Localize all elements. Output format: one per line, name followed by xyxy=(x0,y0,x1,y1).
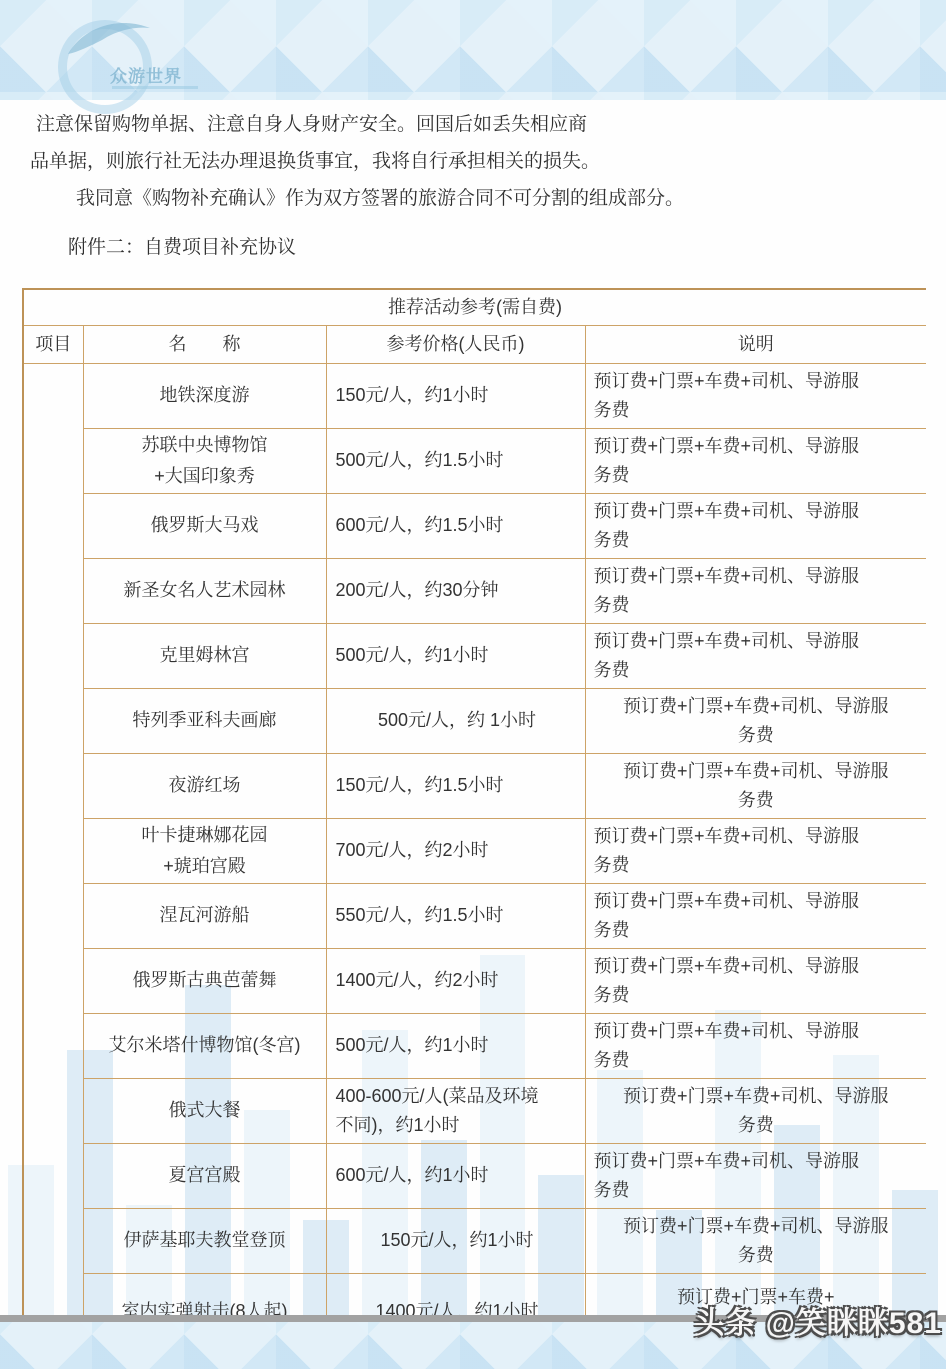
activity-description-cell: 预订费+门票+车费+司机、导游服 务费 xyxy=(585,688,926,753)
activity-name-cell: 苏联中央博物馆 +大国印象秀 xyxy=(83,428,326,493)
table-title-row: 推荐活动参考(需自费) xyxy=(23,289,926,325)
activity-price-cell: 600元/人，约1小时 xyxy=(326,1143,585,1208)
activity-row: 克里姆林宫500元/人，约1小时预订费+门票+车费+司机、导游服 务费 xyxy=(23,623,926,688)
activity-description-cell: 预订费+门票+车费+司机、导游服 务费 xyxy=(585,1208,926,1273)
logo-bird-icon xyxy=(62,12,172,72)
activity-price-cell: 150元/人，约1小时 xyxy=(326,1208,585,1273)
activity-row: 地铁深度游150元/人，约1小时预订费+门票+车费+司机、导游服 务费 xyxy=(23,363,926,428)
logo-text: 众游世界 xyxy=(110,62,182,87)
activity-name-cell: 夏宫宫殿 xyxy=(83,1143,326,1208)
activity-price-cell: 1400元/人，约2小时 xyxy=(326,948,585,1013)
activity-name-cell: 艾尔米塔什博物馆(冬宫) xyxy=(83,1013,326,1078)
notice-line-2: 品单据，则旅行社无法办理退换货事宜，我将自行承担相关的损失。 xyxy=(30,143,920,180)
activity-price-cell: 550元/人，约1.5小时 xyxy=(326,883,585,948)
activity-row: 特列季亚科夫画廊500元/人，约 1小时预订费+门票+车费+司机、导游服 务费 xyxy=(23,688,926,753)
activity-description-cell: 预订费+门票+车费+司机、导游服 务费 xyxy=(585,1143,926,1208)
activity-description-cell: 预订费+门票+车费+司机、导游服 务费 xyxy=(585,363,926,428)
activity-row: 俄式大餐400-600元/人(菜品及环境 不同)，约1小时预订费+门票+车费+司… xyxy=(23,1078,926,1143)
notice-line-3: 我同意《购物补充确认》作为双方签署的旅游合同不可分割的组成部分。 xyxy=(30,180,920,217)
column-header-name: 名 称 xyxy=(83,325,326,363)
activity-row: 艾尔米塔什博物馆(冬宫)500元/人，约1小时预订费+门票+车费+司机、导游服 … xyxy=(23,1013,926,1078)
activity-price-cell: 500元/人，约1.5小时 xyxy=(326,428,585,493)
activity-row: 新圣女名人艺术园林200元/人，约30分钟预订费+门票+车费+司机、导游服 务费 xyxy=(23,558,926,623)
activity-price-cell: 500元/人，约1小时 xyxy=(326,1013,585,1078)
activity-row: 俄罗斯大马戏600元/人，约1.5小时预订费+门票+车费+司机、导游服 务费 xyxy=(23,493,926,558)
activity-name-cell: 俄式大餐 xyxy=(83,1078,326,1143)
activity-name-cell: 涅瓦河游船 xyxy=(83,883,326,948)
activity-row: 涅瓦河游船550元/人，约1.5小时预订费+门票+车费+司机、导游服 务费 xyxy=(23,883,926,948)
activity-price-cell: 400-600元/人(菜品及环境 不同)，约1小时 xyxy=(326,1078,585,1143)
toutiao-watermark: 头条 @笑眯眯581 xyxy=(694,1298,942,1342)
activity-price-cell: 1400元/人，约1小时 xyxy=(326,1273,585,1322)
self-paid-activities-table: 推荐活动参考(需自费) 项目 名 称 参考价格(人民币) 说明 地铁深度游150… xyxy=(22,288,926,1322)
activity-description-cell: 预订费+门票+车费+司机、导游服 务费 xyxy=(585,883,926,948)
activity-description-cell: 预订费+门票+车费+司机、导游服 务费 xyxy=(585,948,926,1013)
activity-name-cell: 叶卡捷琳娜花园 +琥珀宫殿 xyxy=(83,818,326,883)
activity-price-cell: 150元/人，约1.5小时 xyxy=(326,753,585,818)
activity-name-cell: 新圣女名人艺术园林 xyxy=(83,558,326,623)
column-header-project: 项目 xyxy=(23,325,83,363)
activity-name-cell: 室内实弹射击(8人起) xyxy=(83,1273,326,1322)
document-page: 注意保留购物单据、注意自身人身财产安全。回国后如丢失相应商 品单据，则旅行社无法… xyxy=(0,100,946,1322)
attachment-title: 附件二：自费项目补充协议 xyxy=(68,232,296,259)
activity-description-cell: 预订费+门票+车费+司机、导游服 务费 xyxy=(585,493,926,558)
project-merged-cell xyxy=(23,363,83,1322)
activity-row: 俄罗斯古典芭蕾舞1400元/人，约2小时预订费+门票+车费+司机、导游服 务费 xyxy=(23,948,926,1013)
activity-description-cell: 预订费+门票+车费+司机、导游服 务费 xyxy=(585,818,926,883)
activity-description-cell: 预订费+门票+车费+司机、导游服 务费 xyxy=(585,753,926,818)
activity-description-cell: 预订费+门票+车费+司机、导游服 务费 xyxy=(585,558,926,623)
notice-line-1: 注意保留购物单据、注意自身人身财产安全。回国后如丢失相应商 xyxy=(30,106,920,143)
activity-price-cell: 600元/人，约1.5小时 xyxy=(326,493,585,558)
activity-description-cell: 预订费+门票+车费+司机、导游服 务费 xyxy=(585,623,926,688)
column-header-price: 参考价格(人民币) xyxy=(326,325,585,363)
activity-price-cell: 700元/人，约2小时 xyxy=(326,818,585,883)
activities-table-body: 地铁深度游150元/人，约1小时预订费+门票+车费+司机、导游服 务费苏联中央博… xyxy=(23,363,926,1322)
activity-name-cell: 俄罗斯古典芭蕾舞 xyxy=(83,948,326,1013)
activity-name-cell: 地铁深度游 xyxy=(83,363,326,428)
column-header-description: 说明 xyxy=(585,325,926,363)
activity-price-cell: 150元/人，约1小时 xyxy=(326,363,585,428)
activity-name-cell: 俄罗斯大马戏 xyxy=(83,493,326,558)
notice-paragraphs: 注意保留购物单据、注意自身人身财产安全。回国后如丢失相应商 品单据，则旅行社无法… xyxy=(30,106,920,217)
activities-table: 推荐活动参考(需自费) 项目 名 称 参考价格(人民币) 说明 地铁深度游150… xyxy=(22,288,926,1322)
activity-price-cell: 500元/人，约 1小时 xyxy=(326,688,585,753)
activity-price-cell: 500元/人，约1小时 xyxy=(326,623,585,688)
activity-description-cell: 预订费+门票+车费+司机、导游服 务费 xyxy=(585,1013,926,1078)
table-title: 推荐活动参考(需自费) xyxy=(23,289,926,325)
activity-row: 夜游红场150元/人，约1.5小时预订费+门票+车费+司机、导游服 务费 xyxy=(23,753,926,818)
activity-row: 伊萨基耶夫教堂登顶150元/人，约1小时预订费+门票+车费+司机、导游服 务费 xyxy=(23,1208,926,1273)
activity-name-cell: 克里姆林宫 xyxy=(83,623,326,688)
activity-name-cell: 特列季亚科夫画廊 xyxy=(83,688,326,753)
logo-subtext-line xyxy=(112,86,198,89)
activity-description-cell: 预订费+门票+车费+司机、导游服 务费 xyxy=(585,1078,926,1143)
activity-row: 苏联中央博物馆 +大国印象秀500元/人，约1.5小时预订费+门票+车费+司机、… xyxy=(23,428,926,493)
activity-row: 夏宫宫殿600元/人，约1小时预订费+门票+车费+司机、导游服 务费 xyxy=(23,1143,926,1208)
activity-name-cell: 夜游红场 xyxy=(83,753,326,818)
table-header-row: 项目 名 称 参考价格(人民币) 说明 xyxy=(23,325,926,363)
activity-name-cell: 伊萨基耶夫教堂登顶 xyxy=(83,1208,326,1273)
activity-price-cell: 200元/人，约30分钟 xyxy=(326,558,585,623)
activity-row: 叶卡捷琳娜花园 +琥珀宫殿700元/人，约2小时预订费+门票+车费+司机、导游服… xyxy=(23,818,926,883)
activity-description-cell: 预订费+门票+车费+司机、导游服 务费 xyxy=(585,428,926,493)
